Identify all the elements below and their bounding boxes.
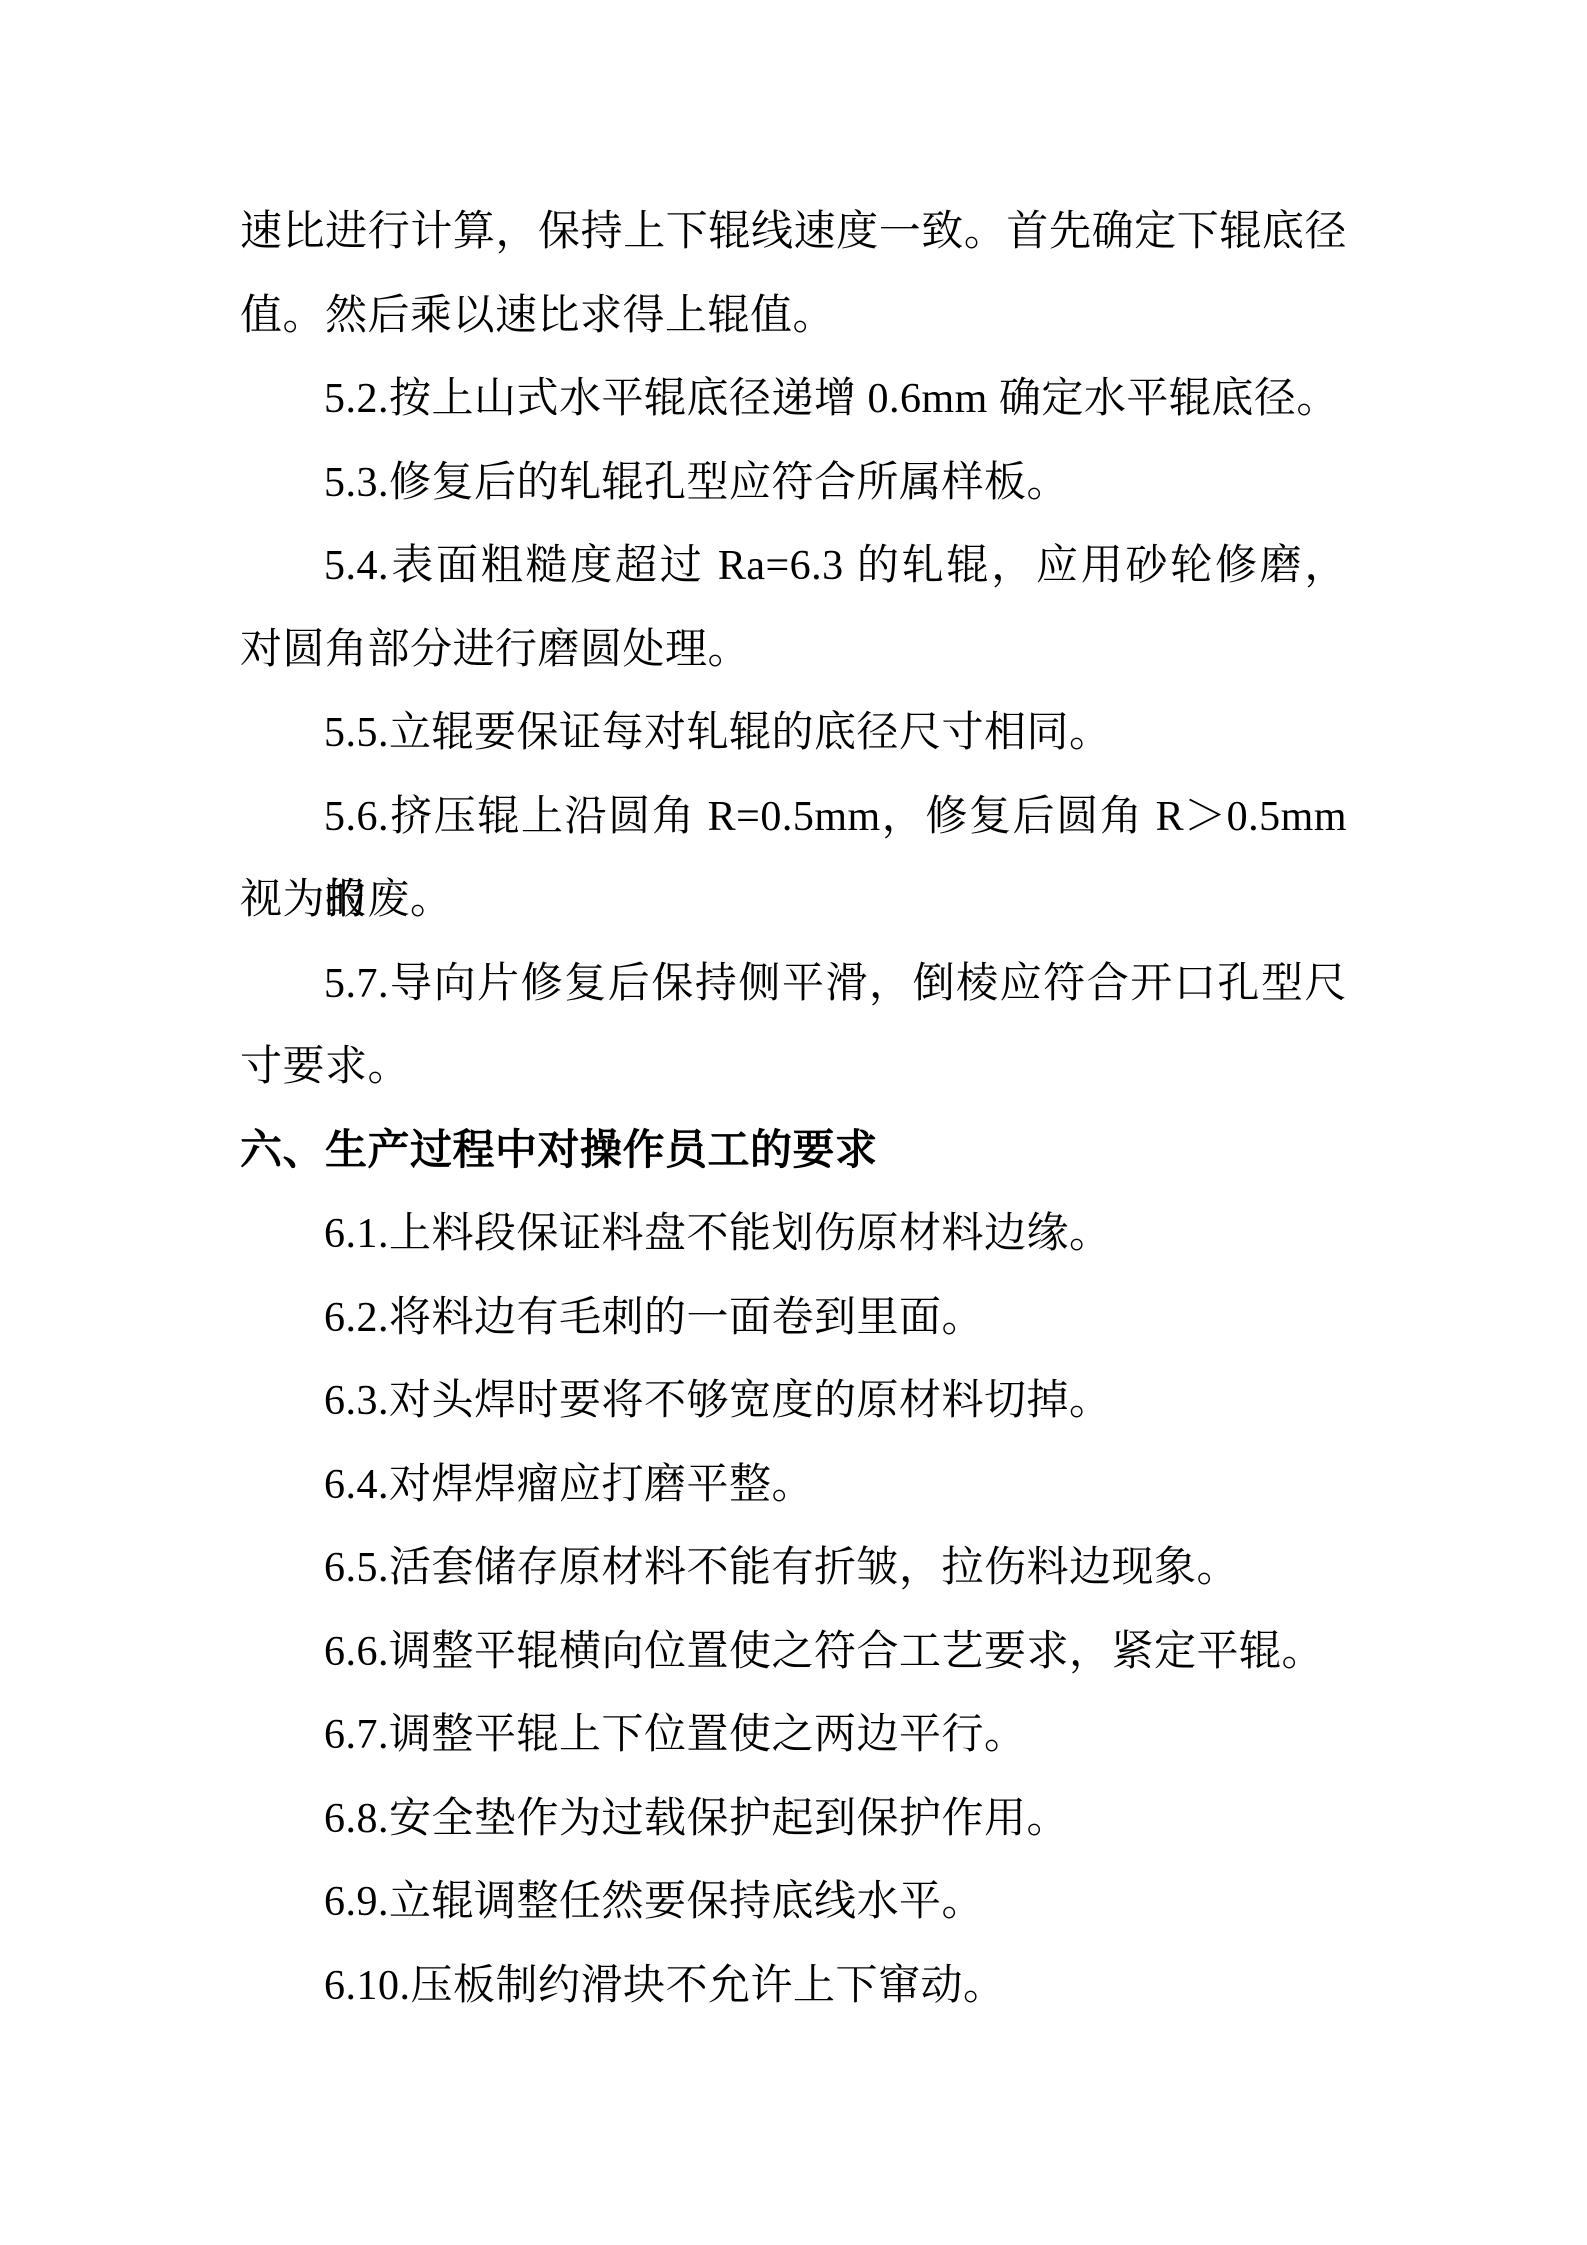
paragraph-continuation-line-1: 速比进行计算，保持上下辊线速度一致。首先确定下辊底径 [240,191,1347,275]
item-5-6-line-2: 视为报废。 [240,859,1347,943]
item-5-4-line-2: 对圆角部分进行磨圆处理。 [240,609,1347,693]
document-page: 速比进行计算，保持上下辊线速度一致。首先确定下辊底径 值。然后乘以速比求得上辊值… [0,0,1587,2245]
item-6-9: 6.9.立辊调整任然要保持底线水平。 [240,1861,1347,1945]
item-6-6: 6.6.调整平辊横向位置使之符合工艺要求，紧定平辊。 [240,1611,1347,1695]
document-body: 速比进行计算，保持上下辊线速度一致。首先确定下辊底径 值。然后乘以速比求得上辊值… [240,191,1347,2028]
item-6-2: 6.2.将料边有毛刺的一面卷到里面。 [240,1277,1347,1361]
item-5-4-line-1: 5.4.表面粗糙度超过 Ra=6.3 的轧辊，应用砂轮修磨， [240,525,1347,609]
item-5-3: 5.3.修复后的轧辊孔型应符合所属样板。 [240,442,1347,526]
paragraph-continuation-line-2: 值。然后乘以速比求得上辊值。 [240,275,1347,359]
item-6-10: 6.10.压板制约滑块不允许上下窜动。 [240,1945,1347,2029]
item-5-7-line-2: 寸要求。 [240,1026,1347,1110]
item-5-6-line-1: 5.6.挤压辊上沿圆角 R=0.5mm，修复后圆角 R＞0.5mm 的 [240,776,1347,860]
item-6-1: 6.1.上料段保证料盘不能划伤原材料边缘。 [240,1193,1347,1277]
item-6-5: 6.5.活套储存原材料不能有折皱，拉伤料边现象。 [240,1527,1347,1611]
item-6-8: 6.8.安全垫作为过载保护起到保护作用。 [240,1778,1347,1862]
item-6-3: 6.3.对头焊时要将不够宽度的原材料切掉。 [240,1360,1347,1444]
item-5-7-line-1: 5.7.导向片修复后保持侧平滑，倒棱应符合开口孔型尺 [240,943,1347,1027]
item-5-2: 5.2.按上山式水平辊底径递增 0.6mm 确定水平辊底径。 [240,358,1347,442]
item-6-7: 6.7.调整平辊上下位置使之两边平行。 [240,1694,1347,1778]
section-6-heading: 六、生产过程中对操作员工的要求 [240,1110,1347,1194]
item-6-4: 6.4.对焊焊瘤应打磨平整。 [240,1444,1347,1528]
item-5-5: 5.5.立辊要保证每对轧辊的底径尺寸相同。 [240,692,1347,776]
